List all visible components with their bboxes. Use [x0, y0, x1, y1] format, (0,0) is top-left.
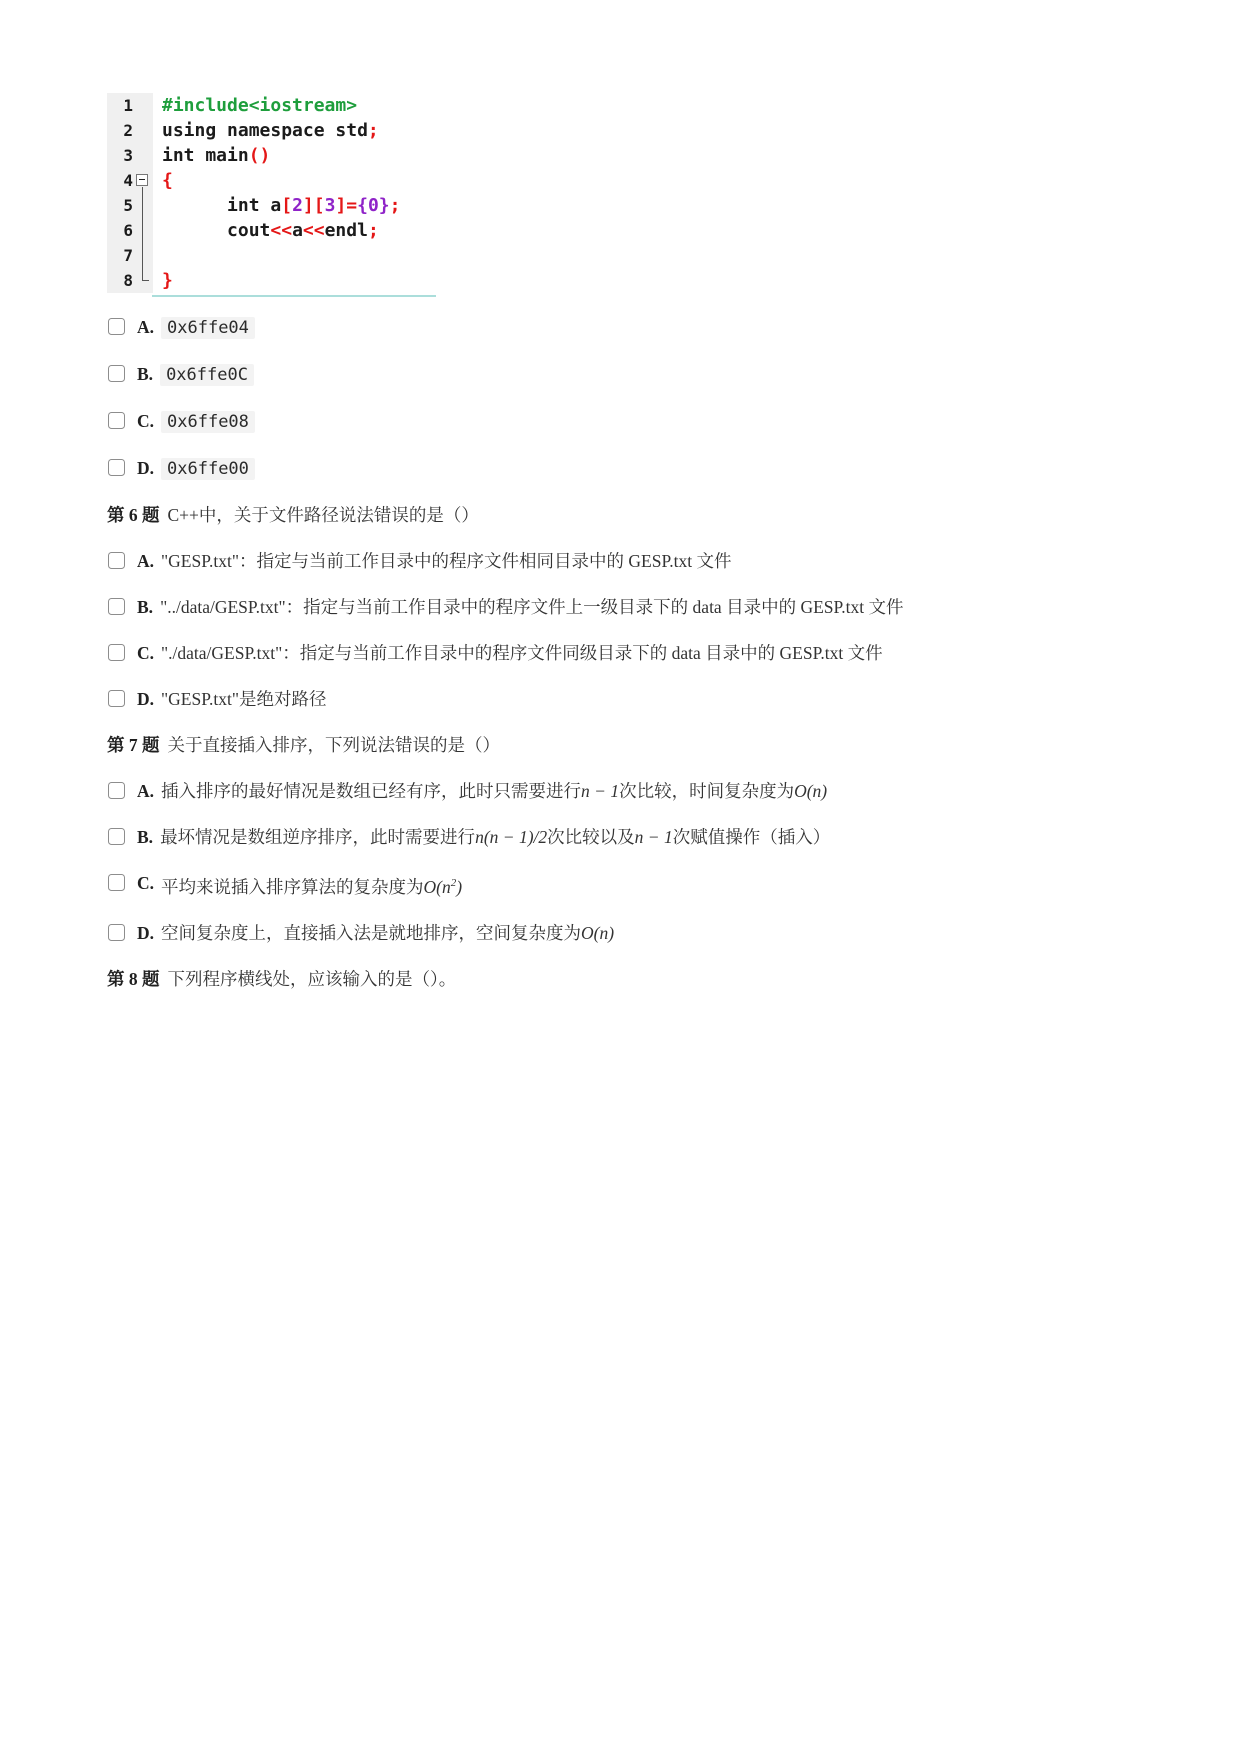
option-text: 0x6ffe00	[161, 456, 255, 481]
line-number-gutter: 3	[107, 143, 153, 168]
option-text: 0x6ffe0C	[160, 362, 254, 387]
option-label: B.	[137, 595, 153, 619]
fold-guide-line	[133, 193, 153, 218]
question-6-heading: 第 6 题C++中，关于文件路径说法错误的是（）	[107, 503, 1192, 527]
option-text: 最坏情况是数组逆序排序，此时需要进行n(n − 1)/2次比较以及n − 1次赋…	[160, 825, 830, 849]
code-text: }	[153, 268, 173, 293]
code-line: 7	[107, 243, 400, 268]
code-text: int main()	[153, 143, 270, 168]
option-row: D.空间复杂度上，直接插入法是就地排序，空间复杂度为O(n)	[107, 921, 1192, 945]
option-checkbox[interactable]	[108, 644, 125, 661]
line-number: 6	[107, 218, 133, 243]
question-8-heading: 第 8 题下列程序横线处，应该输入的是（）。	[107, 967, 1192, 991]
option-checkbox[interactable]	[108, 318, 125, 335]
code-line: 4{	[107, 168, 400, 193]
text-segment: "GESP.txt"：指定与当前工作目录中的程序文件相同目录中的 GESP.tx…	[161, 551, 731, 571]
inline-code: 0x6ffe08	[161, 411, 255, 433]
code-text: {	[153, 168, 173, 193]
line-number-gutter: 5	[107, 193, 153, 218]
question-number: 第 7 题	[107, 735, 160, 755]
code-token: <<	[270, 220, 292, 241]
option-text: 空间复杂度上，直接插入法是就地排序，空间复杂度为O(n)	[161, 921, 614, 945]
fold-guide-line	[133, 268, 153, 293]
code-line: 1#include<iostream>	[107, 93, 400, 118]
code-text: int a[2][3]={0};	[153, 193, 400, 218]
fold-guide-line	[133, 243, 153, 268]
math-expression: )	[456, 877, 462, 897]
fold-spacer	[133, 93, 153, 118]
code-token: int main	[162, 145, 249, 166]
option-row: C."./data/GESP.txt"：指定与当前工作目录中的程序文件同级目录下…	[107, 641, 1192, 665]
option-checkbox[interactable]	[108, 365, 125, 382]
option-checkbox[interactable]	[108, 690, 125, 707]
code-token: 3	[325, 195, 336, 216]
option-text: "../data/GESP.txt"：指定与当前工作目录中的程序文件上一级目录下…	[160, 595, 903, 619]
code-token: int a	[162, 195, 281, 216]
option-label: C.	[137, 409, 154, 433]
math-expression: O(n)	[794, 781, 827, 801]
fold-guide-line	[133, 218, 153, 243]
question-7-heading: 第 7 题关于直接插入排序，下列说法错误的是（）	[107, 733, 1192, 757]
option-label: A.	[137, 779, 154, 803]
fold-minus-icon	[136, 174, 148, 186]
code-line: 2using namespace std;	[107, 118, 400, 143]
option-row: B."../data/GESP.txt"：指定与当前工作目录中的程序文件上一级目…	[107, 595, 1192, 619]
inline-code: 0x6ffe04	[161, 317, 255, 339]
option-checkbox[interactable]	[108, 459, 125, 476]
code-token: }	[162, 270, 173, 291]
option-text: 插入排序的最好情况是数组已经有序，此时只需要进行n − 1次比较，时间复杂度为O…	[161, 779, 827, 803]
line-number-gutter: 7	[107, 243, 153, 268]
question-text: 关于直接插入排序，下列说法错误的是（）	[168, 735, 501, 755]
text-segment: "../data/GESP.txt"：指定与当前工作目录中的程序文件上一级目录下…	[160, 597, 903, 617]
option-checkbox[interactable]	[108, 412, 125, 429]
option-label: D.	[137, 456, 154, 480]
math-expression: n − 1	[635, 827, 673, 847]
question-flow: A.0x6ffe04B.0x6ffe0CC.0x6ffe08D.0x6ffe00…	[107, 315, 1192, 1013]
line-number: 4	[107, 168, 133, 193]
question-text: 下列程序横线处，应该输入的是（）。	[168, 969, 457, 989]
line-number: 2	[107, 118, 133, 143]
line-number: 7	[107, 243, 133, 268]
text-segment: "./data/GESP.txt"：指定与当前工作目录中的程序文件同级目录下的 …	[161, 643, 883, 663]
math-expression: O(n	[424, 877, 451, 897]
line-number-gutter: 4	[107, 168, 153, 193]
option-checkbox[interactable]	[108, 782, 125, 799]
line-number-gutter: 6	[107, 218, 153, 243]
option-checkbox[interactable]	[108, 552, 125, 569]
code-token: ;	[368, 120, 379, 141]
code-token: a	[292, 220, 303, 241]
text-segment: 最坏情况是数组逆序排序，此时需要进行	[160, 827, 475, 847]
code-token: {	[162, 170, 173, 191]
option-row: A."GESP.txt"：指定与当前工作目录中的程序文件相同目录中的 GESP.…	[107, 549, 1192, 573]
code-text: #include<iostream>	[153, 93, 357, 118]
code-line: 5 int a[2][3]={0};	[107, 193, 400, 218]
code-token: endl	[325, 220, 368, 241]
option-row: A.插入排序的最好情况是数组已经有序，此时只需要进行n − 1次比较，时间复杂度…	[107, 779, 1192, 803]
text-segment: 平均来说插入排序算法的复杂度为	[161, 877, 424, 897]
code-token: #include<iostream>	[162, 95, 357, 116]
option-row: B.最坏情况是数组逆序排序，此时需要进行n(n − 1)/2次比较以及n − 1…	[107, 825, 1192, 849]
option-label: D.	[137, 687, 154, 711]
line-number: 1	[107, 93, 133, 118]
option-label: A.	[137, 549, 154, 573]
fold-spacer	[133, 143, 153, 168]
line-number: 8	[107, 268, 133, 293]
code-token: ;	[390, 195, 401, 216]
text-segment: "GESP.txt"是绝对路径	[161, 689, 327, 709]
option-row: C.平均来说插入排序算法的复杂度为O(n2)	[107, 871, 1192, 899]
option-label: B.	[137, 362, 153, 386]
option-text: 0x6ffe04	[161, 315, 255, 340]
code-token: 2	[292, 195, 303, 216]
option-label: B.	[137, 825, 153, 849]
option-row: C.0x6ffe08	[107, 409, 1192, 434]
math-expression: n − 1	[581, 781, 619, 801]
code-underline	[152, 295, 436, 297]
code-text: using namespace std;	[153, 118, 379, 143]
text-segment: 空间复杂度上，直接插入法是就地排序，空间复杂度为	[161, 923, 581, 943]
option-checkbox[interactable]	[108, 924, 125, 941]
code-editor: 1#include<iostream>2using namespace std;…	[107, 93, 400, 293]
math-expression: n(n − 1)/2	[475, 827, 547, 847]
option-row: D."GESP.txt"是绝对路径	[107, 687, 1192, 711]
line-number-gutter: 8	[107, 268, 153, 293]
option-label: C.	[137, 871, 154, 895]
code-token: cout	[162, 220, 270, 241]
question-number: 第 8 题	[107, 969, 160, 989]
option-row: A.0x6ffe04	[107, 315, 1192, 340]
option-text: "./data/GESP.txt"：指定与当前工作目录中的程序文件同级目录下的 …	[161, 641, 883, 665]
text-segment: 次赋值操作（插入）	[673, 827, 831, 847]
code-token: ][	[303, 195, 325, 216]
text-segment: 次比较，时间复杂度为	[619, 781, 794, 801]
code-line: 6 cout<<a<<endl;	[107, 218, 400, 243]
option-row: B.0x6ffe0C	[107, 362, 1192, 387]
option-checkbox[interactable]	[108, 598, 125, 615]
code-token: ()	[249, 145, 271, 166]
option-checkbox[interactable]	[108, 874, 125, 891]
option-text: "GESP.txt"是绝对路径	[161, 687, 327, 711]
code-token: [	[281, 195, 292, 216]
option-row: D.0x6ffe00	[107, 456, 1192, 481]
option-text: 平均来说插入排序算法的复杂度为O(n2)	[161, 871, 462, 899]
text-segment: 次比较以及	[547, 827, 635, 847]
line-number-gutter: 1	[107, 93, 153, 118]
code-line: 3int main()	[107, 143, 400, 168]
text-segment: 插入排序的最好情况是数组已经有序，此时只需要进行	[161, 781, 581, 801]
option-label: D.	[137, 921, 154, 945]
math-expression: O(n)	[581, 923, 614, 943]
code-token: ;	[368, 220, 379, 241]
code-token: {0}	[357, 195, 390, 216]
fold-spacer	[133, 118, 153, 143]
line-number: 5	[107, 193, 133, 218]
inline-code: 0x6ffe00	[161, 458, 255, 480]
option-label: C.	[137, 641, 154, 665]
code-line: 8}	[107, 268, 400, 293]
code-text: cout<<a<<endl;	[153, 218, 379, 243]
option-text: 0x6ffe08	[161, 409, 255, 434]
code-text	[153, 243, 162, 268]
inline-code: 0x6ffe0C	[160, 364, 254, 386]
code-token: using namespace std	[162, 120, 368, 141]
code-token: ]=	[335, 195, 357, 216]
code-token: <<	[303, 220, 325, 241]
option-checkbox[interactable]	[108, 828, 125, 845]
option-text: "GESP.txt"：指定与当前工作目录中的程序文件相同目录中的 GESP.tx…	[161, 549, 731, 573]
question-number: 第 6 题	[107, 505, 160, 525]
line-number-gutter: 2	[107, 118, 153, 143]
option-label: A.	[137, 315, 154, 339]
question-text: C++中，关于文件路径说法错误的是（）	[168, 505, 479, 525]
line-number: 3	[107, 143, 133, 168]
fold-guide-line	[133, 168, 153, 193]
